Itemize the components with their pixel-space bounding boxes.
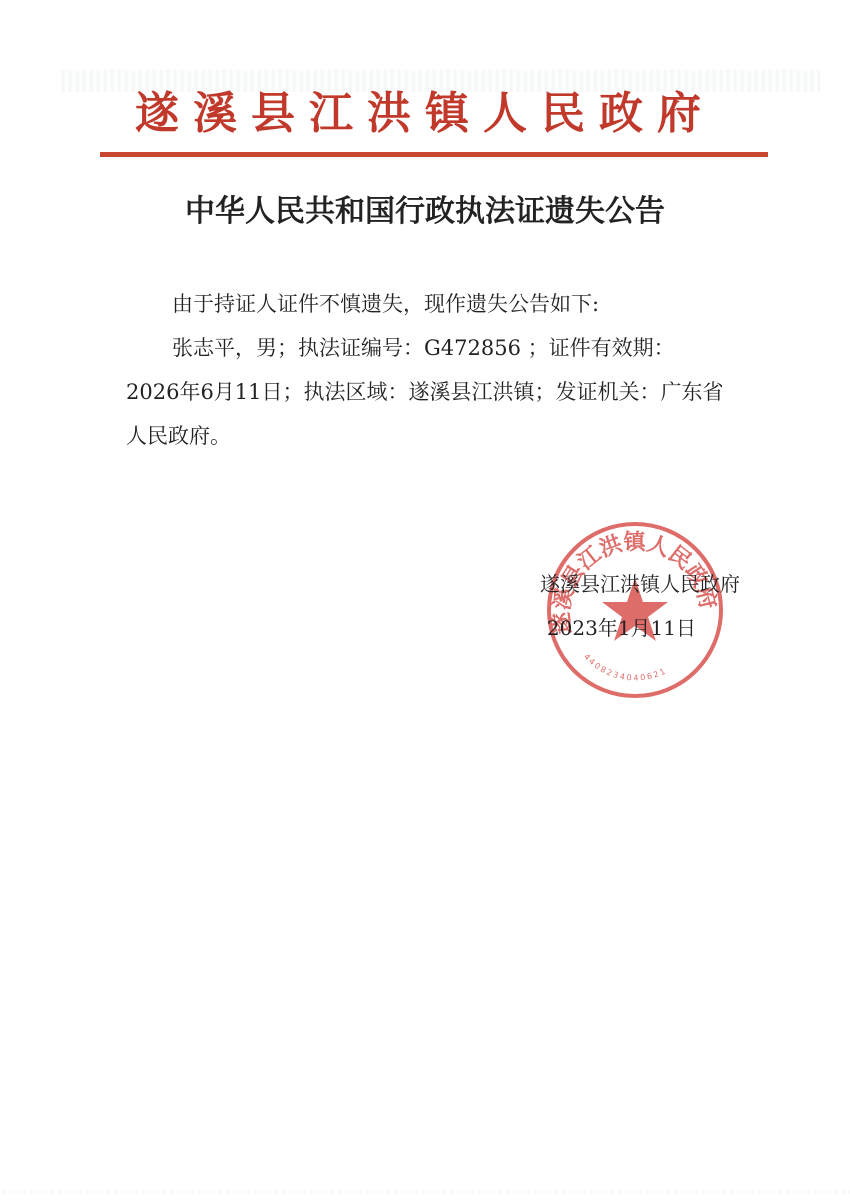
stamp-code-text: 4408234040621 (582, 652, 668, 682)
notice-paragraph-intro: 由于持证人证件不慎遗失，现作遗失公告如下: (126, 282, 726, 326)
signature-block: 遂溪县江洪镇人民政府 2023年1月11日 (490, 562, 740, 650)
scan-artifact-bottom (0, 1190, 850, 1194)
notice-body: 由于持证人证件不慎遗失，现作遗失公告如下: 张志平，男；执法证编号：G47285… (126, 282, 726, 458)
letterhead-org-name: 遂溪县江洪镇人民政府 (0, 88, 850, 140)
letterhead-red-rule (100, 152, 768, 157)
notice-title: 中华人民共和国行政执法证遗失公告 (0, 192, 850, 232)
document-page: 遂溪县江洪镇人民政府 中华人民共和国行政执法证遗失公告 由于持证人证件不慎遗失，… (0, 0, 850, 1201)
notice-paragraph-details: 张志平，男；执法证编号：G472856 ；证件有效期：2026年6月11日；执法… (126, 326, 726, 458)
signature-date: 2023年1月11日 (490, 606, 740, 650)
signature-issuer: 遂溪县江洪镇人民政府 (490, 562, 740, 606)
